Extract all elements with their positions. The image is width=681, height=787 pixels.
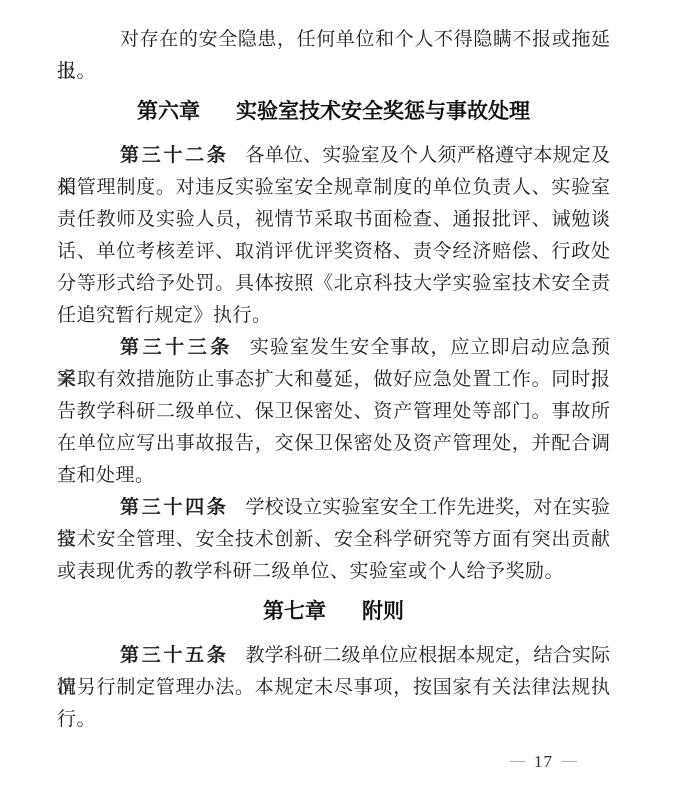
body-line: 分等形式给予处罚。具体按照《北京科技大学实验室技术安全责 — [57, 268, 610, 300]
article-number-33: 第三十三条 — [120, 337, 233, 358]
body-line: 告教学科研二级单位、保卫保密处、资产管理处等部门。事故所 — [57, 396, 610, 428]
page-number-dash-left: — — [510, 753, 525, 769]
paragraph-first-line: 第三十二条各单位、实验室及个人须严格遵守本规定及相 — [57, 140, 610, 172]
chapter-heading-7: 第七章附则 — [57, 596, 610, 628]
document-page: 对存在的安全隐患，任何单位和个人不得隐瞒不报或拖延上 报。 第六章实验室技术安全… — [0, 0, 681, 787]
paragraph-first-line: 第三十五条教学科研二级单位应根据本规定，结合实际情 — [57, 640, 610, 672]
body-line: 况另行制定管理办法。本规定未尽事项，按国家有关法律法规执 — [57, 672, 610, 704]
paragraph-end-line: 报。 — [57, 56, 610, 88]
body-line: 话、单位考核差评、取消评优评奖资格、责令经济赔偿、行政处 — [57, 236, 610, 268]
paragraph-first-line: 第三十三条实验室发生安全事故，应立即启动应急预案， — [57, 332, 610, 364]
paragraph-first-line: 第三十四条学校设立实验室安全工作先进奖，对在实验室 — [57, 492, 610, 524]
article-number-34: 第三十四条 — [120, 497, 228, 518]
body-line: 责任教师及实验人员，视情节采取书面检查、通报批评、诫勉谈 — [57, 204, 610, 236]
chapter-number: 第七章 — [263, 600, 326, 623]
page-number-dash-right: — — [562, 753, 577, 769]
article-number-32: 第三十二条 — [120, 145, 228, 166]
paragraph-end-line: 查和处理。 — [57, 460, 610, 492]
body-line: 采取有效措施防止事态扩大和蔓延，做好应急处置工作。同时报 — [57, 364, 610, 396]
page-footer: —17— — [57, 752, 610, 773]
article-number-35: 第三十五条 — [120, 645, 228, 666]
page-number: 17 — [534, 752, 553, 771]
body-line: 在单位应写出事故报告，交保卫保密处及资产管理处，并配合调 — [57, 428, 610, 460]
chapter-title: 实验室技术安全奖惩与事故处理 — [236, 100, 530, 123]
body-line: 对存在的安全隐患，任何单位和个人不得隐瞒不报或拖延上 — [57, 24, 610, 56]
chapter-title: 附则 — [362, 600, 404, 623]
paragraph-end-line: 或表现优秀的教学科研二级单位、实验室或个人给予奖励。 — [57, 556, 610, 588]
paragraph-end-line: 任追究暂行规定》执行。 — [57, 300, 610, 332]
chapter-number: 第六章 — [137, 100, 200, 123]
body-line: 技术安全管理、安全技术创新、安全科学研究等方面有突出贡献 — [57, 524, 610, 556]
body-line: 关管理制度。对违反实验室安全规章制度的单位负责人、实验室 — [57, 172, 610, 204]
paragraph-end-line: 行。 — [57, 704, 610, 736]
chapter-heading-6: 第六章实验室技术安全奖惩与事故处理 — [57, 96, 610, 128]
